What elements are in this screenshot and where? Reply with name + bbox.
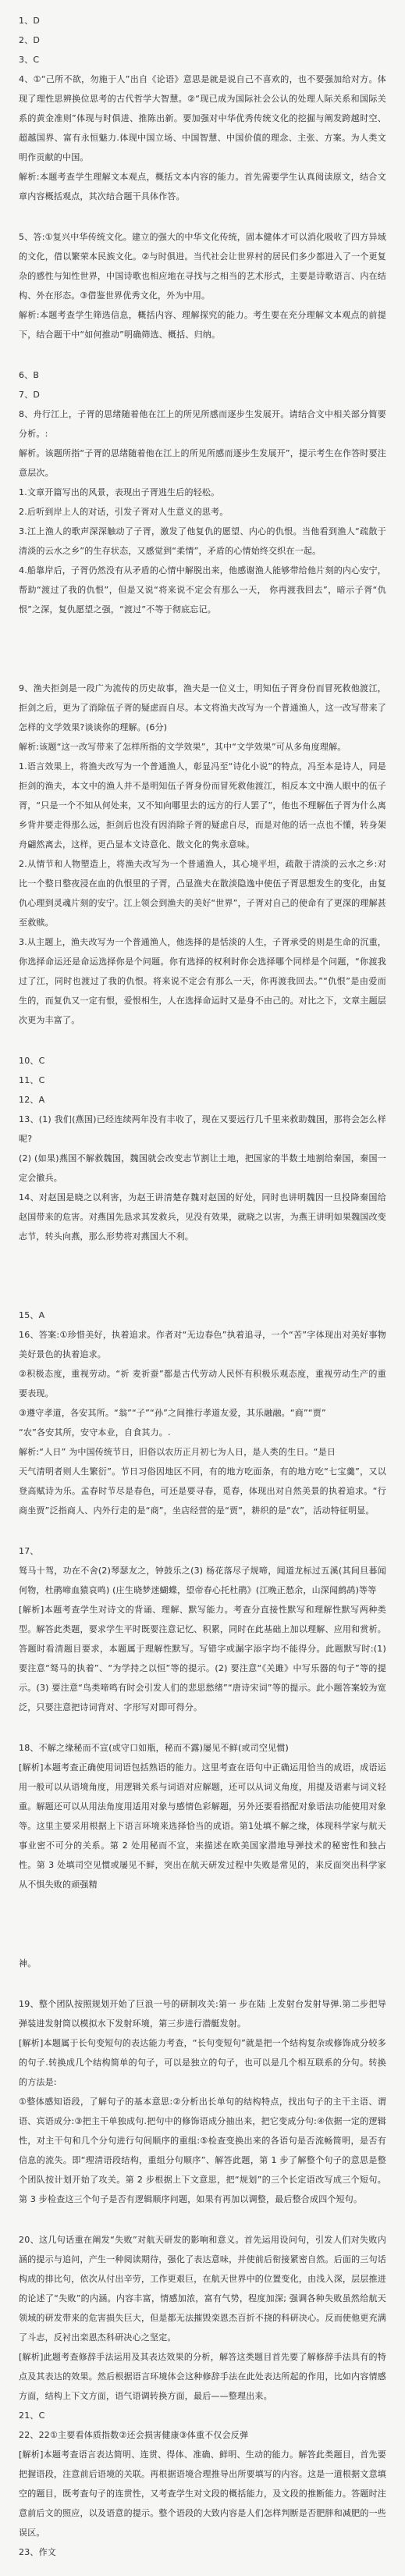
- paragraph-q18-analysis-tail: 神。: [19, 1954, 386, 1973]
- paragraph-q8-analysis: 解析。该题所指“子胥的思绪随着他在江上的所见所感而逐步生发展开”，提示考生在作答…: [19, 444, 386, 483]
- paragraph-q16-point1: 16、答案:①珍惜美好，执着追求。作者对“无边春色”执着追寻，一个“苦”字体现出…: [19, 1325, 386, 1364]
- paragraph-q8-question: 8、舟行江上，子胥的思绪随着他在江上的所见所感而逐步生发展开。请结合文中相关部分…: [19, 404, 386, 444]
- paragraph-q6: 6、B: [19, 365, 386, 385]
- paragraph-q5-answer: 5、答:①复兴中华传统文化。建立的强大的中华文化传统，固本健体才可以消化吸收了四…: [19, 227, 386, 305]
- paragraph-q18-analysis: [解析]本题考查正确使用词语包括熟语的能力。这里考查在语句中正确运用恰当的成语，…: [19, 1758, 386, 1894]
- paragraph-q5-analysis: 解析:本题考查学生筛选信息，概括内容、理解探究的能力。考生要在充分理解文本观点的…: [19, 305, 386, 344]
- paragraph-q20-analysis: [解析]此题考查修辞手法运用及其表达效果的分析，解答这类题目首先要了解修辞手法具…: [19, 2347, 386, 2406]
- paragraph-q17-analysis: [解析]本题考查学生对诗文的背诵、理解、默写能力。考查分直接性默写和理解性默写两…: [19, 1600, 386, 1717]
- paragraph-q19-analysis: [解析]本题属于长句变短句的表达能力考查，“长句变短句”就是把一个结构复杂或修饰…: [19, 2033, 386, 2092]
- paragraph-q9-question: 9、渔夫拒剑是一段广为流传的历史故事，渔夫是一位义士，明知伍子胥身份而冒死救他渡…: [19, 679, 386, 737]
- paragraph-q16-analysis: 解析:“人日” 为中国传统节日，旧俗以农历正月初七为人日，是人类的生日。“是日 …: [19, 1442, 386, 1520]
- paragraph-q17-answer: 驽马十驾，功在不舍(2)琴瑟友之，钟鼓乐之(3) 杨花落尽子规啼，闻道龙标过五溪…: [19, 1561, 386, 1600]
- paragraph-q21: 21、C: [19, 2406, 386, 2425]
- paragraph-q9-point1: 1.语言效果上，将渔夫改写为一个普通渔人，彰显冯至“诗化小说”的特点，冯至本是诗…: [19, 757, 386, 854]
- paragraph-q8-point1: 1.文章开篇写出的风景，表现出子胥逃生后的轻松。: [19, 483, 386, 502]
- paragraph-q8-point4: 4.船靠岸后，子胥仍然没有从矛盾的心情中解脱出来，他感谢渔人能够带给他片刻的内心…: [19, 561, 386, 619]
- document-page: 1、D2、D3、C4、①“己所不欲，勿施于人”出自《论语》意思是就是说自己不喜欢…: [0, 0, 405, 2576]
- paragraph-q12: 12、A: [19, 1090, 386, 1110]
- paragraph-q22-analysis: [解析]本题考查语言表达简明、连贯、得体、准确、鲜明、生动的能力。解答此类题目，…: [19, 2445, 386, 2542]
- paragraph-q9-analysis: 解析:该题“这一改写带来了怎样所指的文学效果”，其中“文学效果”可从多角度理解。: [19, 737, 386, 757]
- paragraph-q16-point3: ③遵守孝道，各安其所。“翁”“子”“孙”之间推行孝道友爱，其乐融融。“商”“贾”…: [19, 1403, 386, 1442]
- paragraph-q10: 10、C: [19, 1051, 386, 1071]
- paragraph-q9-point2: 2.从情节和人物塑造上，将渔夫改写为一个普通渔人，其心境平坦，疏散于清淡的云水之…: [19, 854, 386, 932]
- paragraph-q13-part1: 13、(1) 我们(燕国)已经连续两年没有丰收了，现在又要远行几千里来救助魏国，…: [19, 1110, 386, 1149]
- paragraph-q15: 15、A: [19, 1306, 386, 1325]
- paragraph-q3: 3、C: [19, 50, 386, 69]
- answer-paragraphs: 1、D2、D3、C4、①“己所不欲，勿施于人”出自《论语》意思是就是说自己不喜欢…: [19, 11, 386, 2562]
- paragraph-q4-analysis: 解析:本题考查学生理解文本观点，概括文本内容的能力。首先需要学生认真阅读原文，结…: [19, 167, 386, 206]
- paragraph-q19-method: ①整体感知语段，了解句子的基本意思:②分析出长单句的结构特点，找出句子的主干主语…: [19, 2092, 386, 2209]
- paragraph-q23: 23、作文: [19, 2542, 386, 2562]
- paragraph-q7: 7、D: [19, 385, 386, 404]
- paragraph-q8-point2: 2.后听到岸上人的对话，引发子胥对人生意义的思考。: [19, 502, 386, 522]
- paragraph-q9-point3: 3.从主题上，渔夫改写为一个普通渔人，他选择的是恬淡的人生，子胥承受的则是生命的…: [19, 932, 386, 1030]
- paragraph-q14: 14、对赵国是晓之以利害，为赵王讲清楚存魏对赵国的好处，同时也讲明魏因一旦投降秦…: [19, 1188, 386, 1246]
- paragraph-q19-answer: 19、整个团队按照规划开始了巨浪一号的研制攻关:第一 步在陆 上发射台发射导弹.…: [19, 1994, 386, 2033]
- paragraph-q20-answer: 20、这几句话重在阐发“失败”对航天研发的影响和意义。首先运用设问句，引发人们对…: [19, 2230, 386, 2347]
- paragraph-q16-point2: ②积极态度，重视劳动。“祈 麦祈蚕”都是古代劳动人民怀有积极乐观态度，重视劳动生…: [19, 1364, 386, 1403]
- paragraph-q11: 11、C: [19, 1071, 386, 1090]
- paragraph-q17-label: 17、: [19, 1541, 386, 1561]
- paragraph-q8-point3: 3.江上渔人的歌声深深触动了子胥，激发了他复仇的愿望、内心的仇恨。当他看到渔人“…: [19, 522, 386, 561]
- paragraph-q13-part2: (2) (如果)燕国不解救魏国，魏国就会改变志节割让土地，把国家的半数土地割给秦…: [19, 1149, 386, 1188]
- paragraph-q1: 1、D: [19, 11, 386, 30]
- paragraph-q2: 2、D: [19, 30, 386, 50]
- paragraph-q18-answer: 18、不解之缘秘而不宣(或守口如瓶，秘而不露)屡见不鲜(或司空见惯): [19, 1738, 386, 1758]
- paragraph-q4-answer: 4、①“己所不欲，勿施于人”出自《论语》意思是就是说自己不喜欢的，也不要强加给对…: [19, 69, 386, 167]
- paragraph-q22-answer: 22、22①主要看体质指数②还会损害健康③体重不仅会反弹: [19, 2425, 386, 2445]
